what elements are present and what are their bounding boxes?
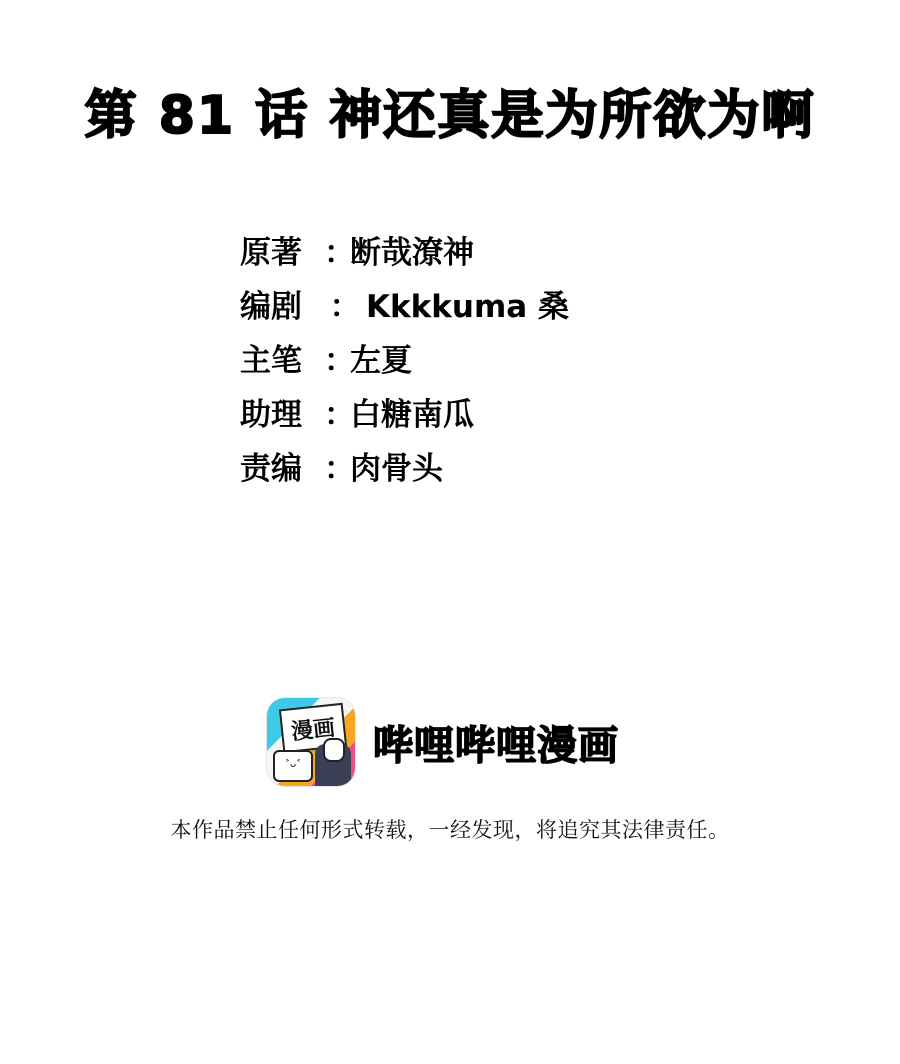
credit-screenwriter: 编剧 ： Kkkkuma 桑: [240, 280, 569, 334]
credit-value: 白糖南瓜: [350, 388, 474, 442]
credit-value: 断哉潦神: [350, 226, 474, 280]
credit-label: 助理: [240, 388, 324, 442]
credit-label: 责编: [240, 442, 324, 496]
credit-value: 肉骨头: [350, 442, 443, 496]
credit-lead-artist: 主笔 ： 左夏: [240, 334, 569, 388]
thumbs-up-icon: [315, 744, 351, 786]
copyright-notice: 本作品禁止任何形式转载，一经发现，将追究其法律责任。: [0, 814, 900, 844]
credit-separator: ：: [324, 226, 350, 280]
credit-assistant: 助理 ： 白糖南瓜: [240, 388, 569, 442]
credit-label: 编剧: [240, 280, 324, 334]
credit-label: 主笔: [240, 334, 324, 388]
credit-value: 左夏: [350, 334, 412, 388]
chapter-title: 第 81 话 神还真是为所欲为啊: [0, 84, 900, 148]
credit-label: 原著: [240, 226, 324, 280]
credit-separator: ：: [324, 334, 350, 388]
credit-original-author: 原著 ： 断哉潦神: [240, 226, 569, 280]
credit-separator: ：: [324, 388, 350, 442]
tv-mascot-icon: ˃ᴗ˂: [273, 750, 313, 782]
brand-lockup: 漫画 ˃ᴗ˂ 哔哩哔哩漫画: [267, 698, 619, 786]
credit-value: Kkkkuma 桑: [366, 280, 569, 334]
credit-separator: ：: [324, 442, 350, 496]
credit-separator: ：: [324, 280, 366, 334]
credit-editor: 责编 ： 肉骨头: [240, 442, 569, 496]
bilibili-comics-app-icon: 漫画 ˃ᴗ˂: [267, 698, 355, 786]
brand-name: 哔哩哔哩漫画: [373, 714, 619, 771]
credits-list: 原著 ： 断哉潦神 编剧 ： Kkkkuma 桑 主笔 ： 左夏 助理 ： 白糖…: [240, 226, 569, 496]
